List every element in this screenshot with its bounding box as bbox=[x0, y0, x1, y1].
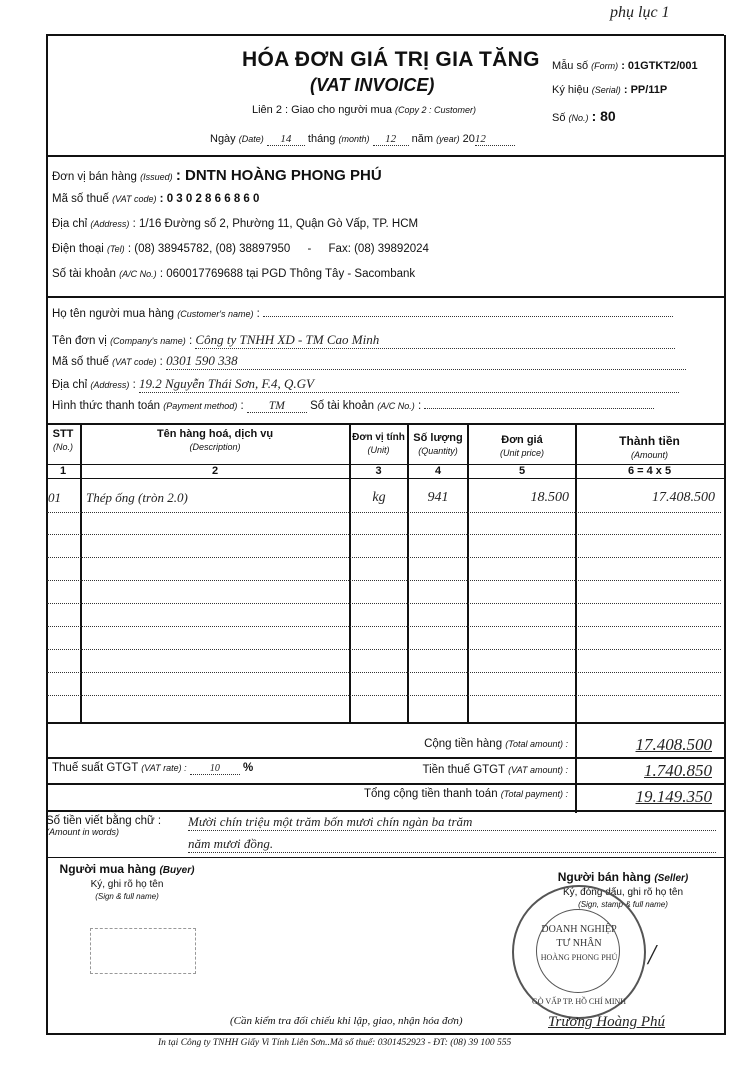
col-header-quantity: Số lượng(Quantity) bbox=[409, 432, 467, 456]
row-1-quantity: 941 bbox=[409, 490, 467, 506]
buyer-account-value bbox=[424, 408, 654, 409]
col-header-unit: Đơn vị tính(Unit) bbox=[350, 432, 407, 455]
row-line bbox=[47, 672, 721, 673]
vat-rate-value: 10 bbox=[190, 763, 240, 775]
printer-info: In tại Công ty TNHH Giấy Vi Tính Liên Sơ… bbox=[158, 1038, 511, 1048]
divider-words bbox=[46, 857, 724, 858]
col-header-unit-price: Đơn giá(Unit price) bbox=[469, 434, 575, 458]
vat-amount-label: Tiền thuế GTGT (VAT amount) : bbox=[330, 764, 568, 776]
divider-vat bbox=[46, 783, 724, 785]
table-num-sep bbox=[46, 478, 724, 479]
row-1-description: Thép ống (tròn 2.0) bbox=[86, 490, 188, 506]
row-line bbox=[47, 649, 721, 650]
bottom-border bbox=[46, 1033, 724, 1035]
buyer-payment-row: Hình thức thanh toán (Payment method) : … bbox=[52, 400, 654, 413]
invoice-title: HÓA ĐƠN GIÁ TRỊ GIA TĂNG bbox=[242, 48, 540, 72]
col-num-3: 3 bbox=[350, 465, 407, 477]
col-header-no: STT(No.) bbox=[46, 428, 80, 452]
serial-field: Ký hiệu (Serial) : PP/11P bbox=[552, 84, 667, 96]
buyer-signature-area bbox=[90, 928, 196, 974]
seller-tax-row: Mã số thuế (VAT code) : 0 3 0 2 8 6 6 8 … bbox=[52, 193, 259, 205]
row-1-no: 01 bbox=[48, 490, 61, 506]
divider-total bbox=[46, 810, 724, 812]
divider-seller bbox=[46, 296, 724, 298]
col-header-description: Tên hàng hoá, dịch vụ(Description) bbox=[82, 428, 348, 452]
row-1-amount: 17.408.500 bbox=[577, 490, 715, 506]
subtotal-value: 17.408.500 bbox=[580, 735, 712, 755]
company-stamp: DOANH NGHIỆP TƯ NHÂN HOÀNG PHONG PHÚ GÒ … bbox=[512, 885, 646, 1019]
form-field: Mẫu số (Form) : 01GTKT2/001 bbox=[552, 60, 698, 72]
subtotal-label: Cộng tiền hàng (Total amount) : bbox=[330, 738, 568, 750]
top-border bbox=[46, 34, 724, 36]
total-label: Tổng cộng tiền thanh toán (Total payment… bbox=[280, 788, 568, 800]
amount-words-label: Số tiền viết bằng chữ : (Amount in words… bbox=[46, 815, 161, 837]
seller-name: : DNTN HOÀNG PHONG PHÚ bbox=[176, 167, 382, 184]
row-line bbox=[47, 580, 721, 581]
divider-header bbox=[46, 155, 724, 157]
col-num-6: 6 = 4 x 5 bbox=[577, 465, 722, 477]
total-value: 19.149.350 bbox=[580, 787, 712, 807]
seller-account-row: Số tài khoản (A/C No.) : 060017769688 tạ… bbox=[52, 268, 415, 280]
amount-words-line2: năm mươi đồng. bbox=[188, 836, 716, 853]
buyer-company-value: Công ty TNHH XD - TM Cao Minh bbox=[195, 332, 675, 349]
buyer-payment-value: TM bbox=[247, 400, 307, 413]
seller-signer-name: Trương Hoàng Phú bbox=[548, 1014, 665, 1031]
date-year: 12 bbox=[475, 133, 515, 146]
amount-words-line1: Mười chín triệu một trăm bốn mươi chín n… bbox=[188, 814, 716, 831]
col-sep-5 bbox=[575, 423, 577, 813]
col-num-5: 5 bbox=[469, 465, 575, 477]
table-bottom bbox=[46, 722, 724, 724]
buyer-address-value: 19.2 Nguyễn Thái Sơn, F.4, Q.GV bbox=[139, 376, 679, 393]
buyer-address-row: Địa chỉ (Address) : 19.2 Nguyễn Thái Sơn… bbox=[52, 376, 679, 393]
date-day: 14 bbox=[267, 133, 305, 146]
row-line bbox=[47, 695, 721, 696]
annotation-appendix: phụ lục 1 bbox=[610, 4, 670, 22]
row-line bbox=[47, 626, 721, 627]
vat-rate-row: Thuế suất GTGT (VAT rate) : 10 % bbox=[52, 762, 253, 775]
vat-amount-value: 1.740.850 bbox=[580, 761, 712, 781]
col-num-1: 1 bbox=[46, 465, 80, 477]
buyer-customer-row: Họ tên người mua hàng (Customer's name) … bbox=[52, 308, 717, 320]
seller-phone-row: Điện thoại (Tel) : (08) 38945782, (08) 3… bbox=[52, 243, 429, 255]
col-num-2: 2 bbox=[82, 465, 348, 477]
copy-label: Liên 2 : Giao cho người mua (Copy 2 : Cu… bbox=[252, 104, 476, 116]
col-num-4: 4 bbox=[409, 465, 467, 477]
row-1-unit-price: 18.500 bbox=[469, 490, 569, 506]
invoice-subtitle: (VAT INVOICE) bbox=[310, 75, 434, 96]
col-header-amount: Thành tiền(Amount) bbox=[577, 434, 722, 460]
row-line bbox=[47, 534, 721, 535]
table-top bbox=[46, 423, 724, 425]
row-line bbox=[47, 512, 721, 513]
date-line: Ngày (Date) 14 tháng (month) 12 năm (yea… bbox=[210, 133, 515, 146]
row-line bbox=[47, 557, 721, 558]
divider-subtotal bbox=[46, 757, 724, 759]
number-field: Số (No.) : 80 bbox=[552, 108, 616, 124]
footer-note: (Cần kiểm tra đối chiếu khi lập, giao, n… bbox=[230, 1015, 463, 1027]
buyer-company-row: Tên đơn vị (Company's name) : Công ty TN… bbox=[52, 332, 675, 349]
seller-signature-mark: / bbox=[648, 940, 656, 972]
row-1-unit: kg bbox=[352, 490, 406, 506]
seller-address-row: Địa chỉ (Address) : 1/16 Đường số 2, Phư… bbox=[52, 218, 418, 230]
row-line bbox=[47, 603, 721, 604]
buyer-tax-value: 0301 590 338 bbox=[166, 353, 686, 370]
buyer-customer-value bbox=[263, 316, 673, 317]
buyer-signature-block: Người mua hàng (Buyer) Ký, ghi rõ họ tên… bbox=[52, 862, 202, 901]
date-month: 12 bbox=[373, 133, 409, 146]
buyer-tax-row: Mã số thuế (VAT code) : 0301 590 338 bbox=[52, 353, 686, 370]
seller-name-row: Đơn vị bán hàng (Issued) : DNTN HOÀNG PH… bbox=[52, 167, 382, 184]
